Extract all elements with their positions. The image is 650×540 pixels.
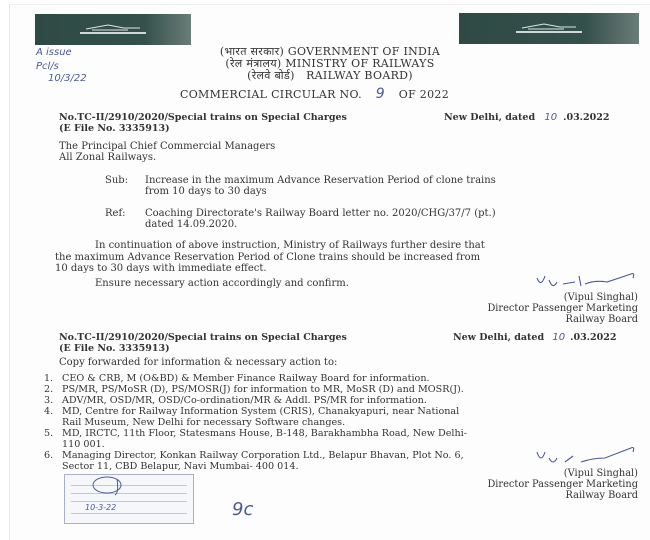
list-item: 1.CEO & CRB, M (O&BD) & Member Finance R… [44, 373, 644, 384]
handwritten-initials: 9c [232, 500, 253, 520]
railway-logo-icon [504, 21, 594, 37]
signatory-office: Railway Board [410, 314, 638, 325]
date-day: 10 [552, 332, 565, 343]
handwritten-note: A issue Pcl/s 10/3/22 [36, 47, 126, 84]
handwritten-line: 10/3/22 [48, 73, 126, 84]
list-item: 3.ADV/MR, OSD/MR, OSD/Co-ordination/MR &… [44, 395, 644, 406]
signatory-office: Railway Board [410, 490, 638, 501]
handwritten-line: A issue [36, 47, 126, 58]
circular-year: OF 2022 [399, 88, 449, 101]
signatory-designation: Director Passenger Marketing [410, 303, 638, 314]
addressee-line: The Principal Chief Commercial Managers [59, 141, 459, 152]
circular-number: 9 [376, 86, 385, 102]
signature-icon [535, 270, 645, 292]
list-item: 4.MD, Centre for Railway Information Sys… [44, 406, 644, 428]
header-board: RAILWAY BOARD) [306, 69, 413, 82]
date-line: New Delhi, dated 10.03.2022 [453, 332, 616, 343]
copy-file-reference: No.TC-II/2910/2020/Special trains on Spe… [59, 332, 649, 354]
list-item-text: MD, Centre for Railway Information Syste… [62, 406, 459, 428]
date-line: New Delhi, dated 10.03.2022 [444, 112, 609, 123]
list-item-text: CEO & CRB, M (O&BD) & Member Finance Rai… [62, 373, 430, 384]
date-prefix: New Delhi, dated [453, 332, 544, 343]
e-file-number: (E File No. 3335913) [59, 123, 649, 134]
list-item-text: ADV/MR, OSD/MR, OSD/Co-ordination/MR & A… [62, 395, 427, 406]
body-line: the maximum Advance Reservation Period o… [55, 252, 650, 264]
subject: Sub: Increase in the maximum Advance Res… [105, 175, 645, 197]
list-item-text: PS/MR, PS/MoSR (D), PS/MOSR(J) for infor… [62, 384, 464, 395]
handwritten-line: Pcl/s [36, 61, 126, 72]
list-item: 2.PS/MR, PS/MoSR (D), PS/MOSR(J) for inf… [44, 384, 644, 395]
subject-label: Sub: [105, 175, 128, 186]
copy-intro: Copy forwarded for information & necessa… [59, 357, 559, 369]
body-line: In continuation of above instruction, Mi… [55, 240, 650, 252]
signature-icon [535, 446, 645, 468]
signatory-name: (Vipul Singhal) [410, 468, 638, 479]
list-item-number: 3. [44, 395, 62, 406]
copy-intro-text: Copy forwarded for information & necessa… [59, 357, 337, 368]
list-item-number: 4. [44, 406, 62, 428]
file-number: No.TC-II/2910/2020/Special trains on Spe… [59, 332, 347, 343]
railway-logo-icon [68, 22, 158, 38]
signatory-name: (Vipul Singhal) [410, 292, 638, 303]
instruction-text: Ensure necessary action accordingly and … [95, 278, 349, 289]
date-month-year: .03.2022 [570, 332, 616, 343]
subject-line: Increase in the maximum Advance Reservat… [145, 175, 645, 186]
list-item-number: 5. [44, 428, 62, 450]
date-prefix: New Delhi, dated [444, 112, 535, 123]
addressee-line: All Zonal Railways. [59, 152, 459, 163]
list-item-number: 2. [44, 384, 62, 395]
list-item-number: 6. [44, 450, 62, 472]
stamp-date: 10-3-22 [85, 502, 116, 513]
ref-line: Coaching Directorate's Railway Board let… [145, 208, 645, 219]
circular-title: COMMERCIAL CIRCULAR NO. 9 OF 2022 [180, 89, 500, 101]
addressee: The Principal Chief Commercial Managers … [59, 141, 459, 163]
hindi-text: (रेलवे बोर्ड) [247, 69, 295, 82]
list-item-text: MD, IRCTC, 11th Floor, Statesmans House,… [62, 428, 467, 450]
date-day: 10 [544, 112, 557, 123]
right-logo [459, 13, 639, 44]
signature-block-2: (Vipul Singhal) Director Passenger Marke… [410, 468, 638, 501]
instruction: Ensure necessary action accordingly and … [95, 278, 495, 290]
stamp-signature-icon [89, 475, 139, 497]
circular-label: COMMERCIAL CIRCULAR NO. [180, 88, 362, 101]
e-file-number: (E File No. 3335913) [59, 343, 649, 354]
date-month-year: .03.2022 [563, 112, 609, 123]
circular-page: A issue Pcl/s 10/3/22 (भारत सरकार) GOVER… [9, 4, 650, 540]
subject-line: from 10 days to 30 days [145, 186, 645, 197]
letterhead: (भारत सरकार) GOVERNMENT OF INDIA (रेल मं… [200, 46, 460, 82]
ref-label: Ref: [105, 208, 126, 219]
ref-line: dated 14.09.2020. [145, 219, 645, 230]
file-number: No.TC-II/2910/2020/Special trains on Spe… [59, 112, 347, 123]
signatory-designation: Director Passenger Marketing [410, 479, 638, 490]
list-item-number: 1. [44, 373, 62, 384]
receipt-stamp: 10-3-22 [64, 474, 194, 524]
signature-block-1: (Vipul Singhal) Director Passenger Marke… [410, 292, 638, 325]
left-logo [35, 14, 191, 45]
file-reference: No.TC-II/2910/2020/Special trains on Spe… [59, 112, 649, 134]
reference-letter: Ref: Coaching Directorate's Railway Boar… [105, 208, 645, 230]
list-item-text: Managing Director, Konkan Railway Corpor… [62, 450, 464, 472]
